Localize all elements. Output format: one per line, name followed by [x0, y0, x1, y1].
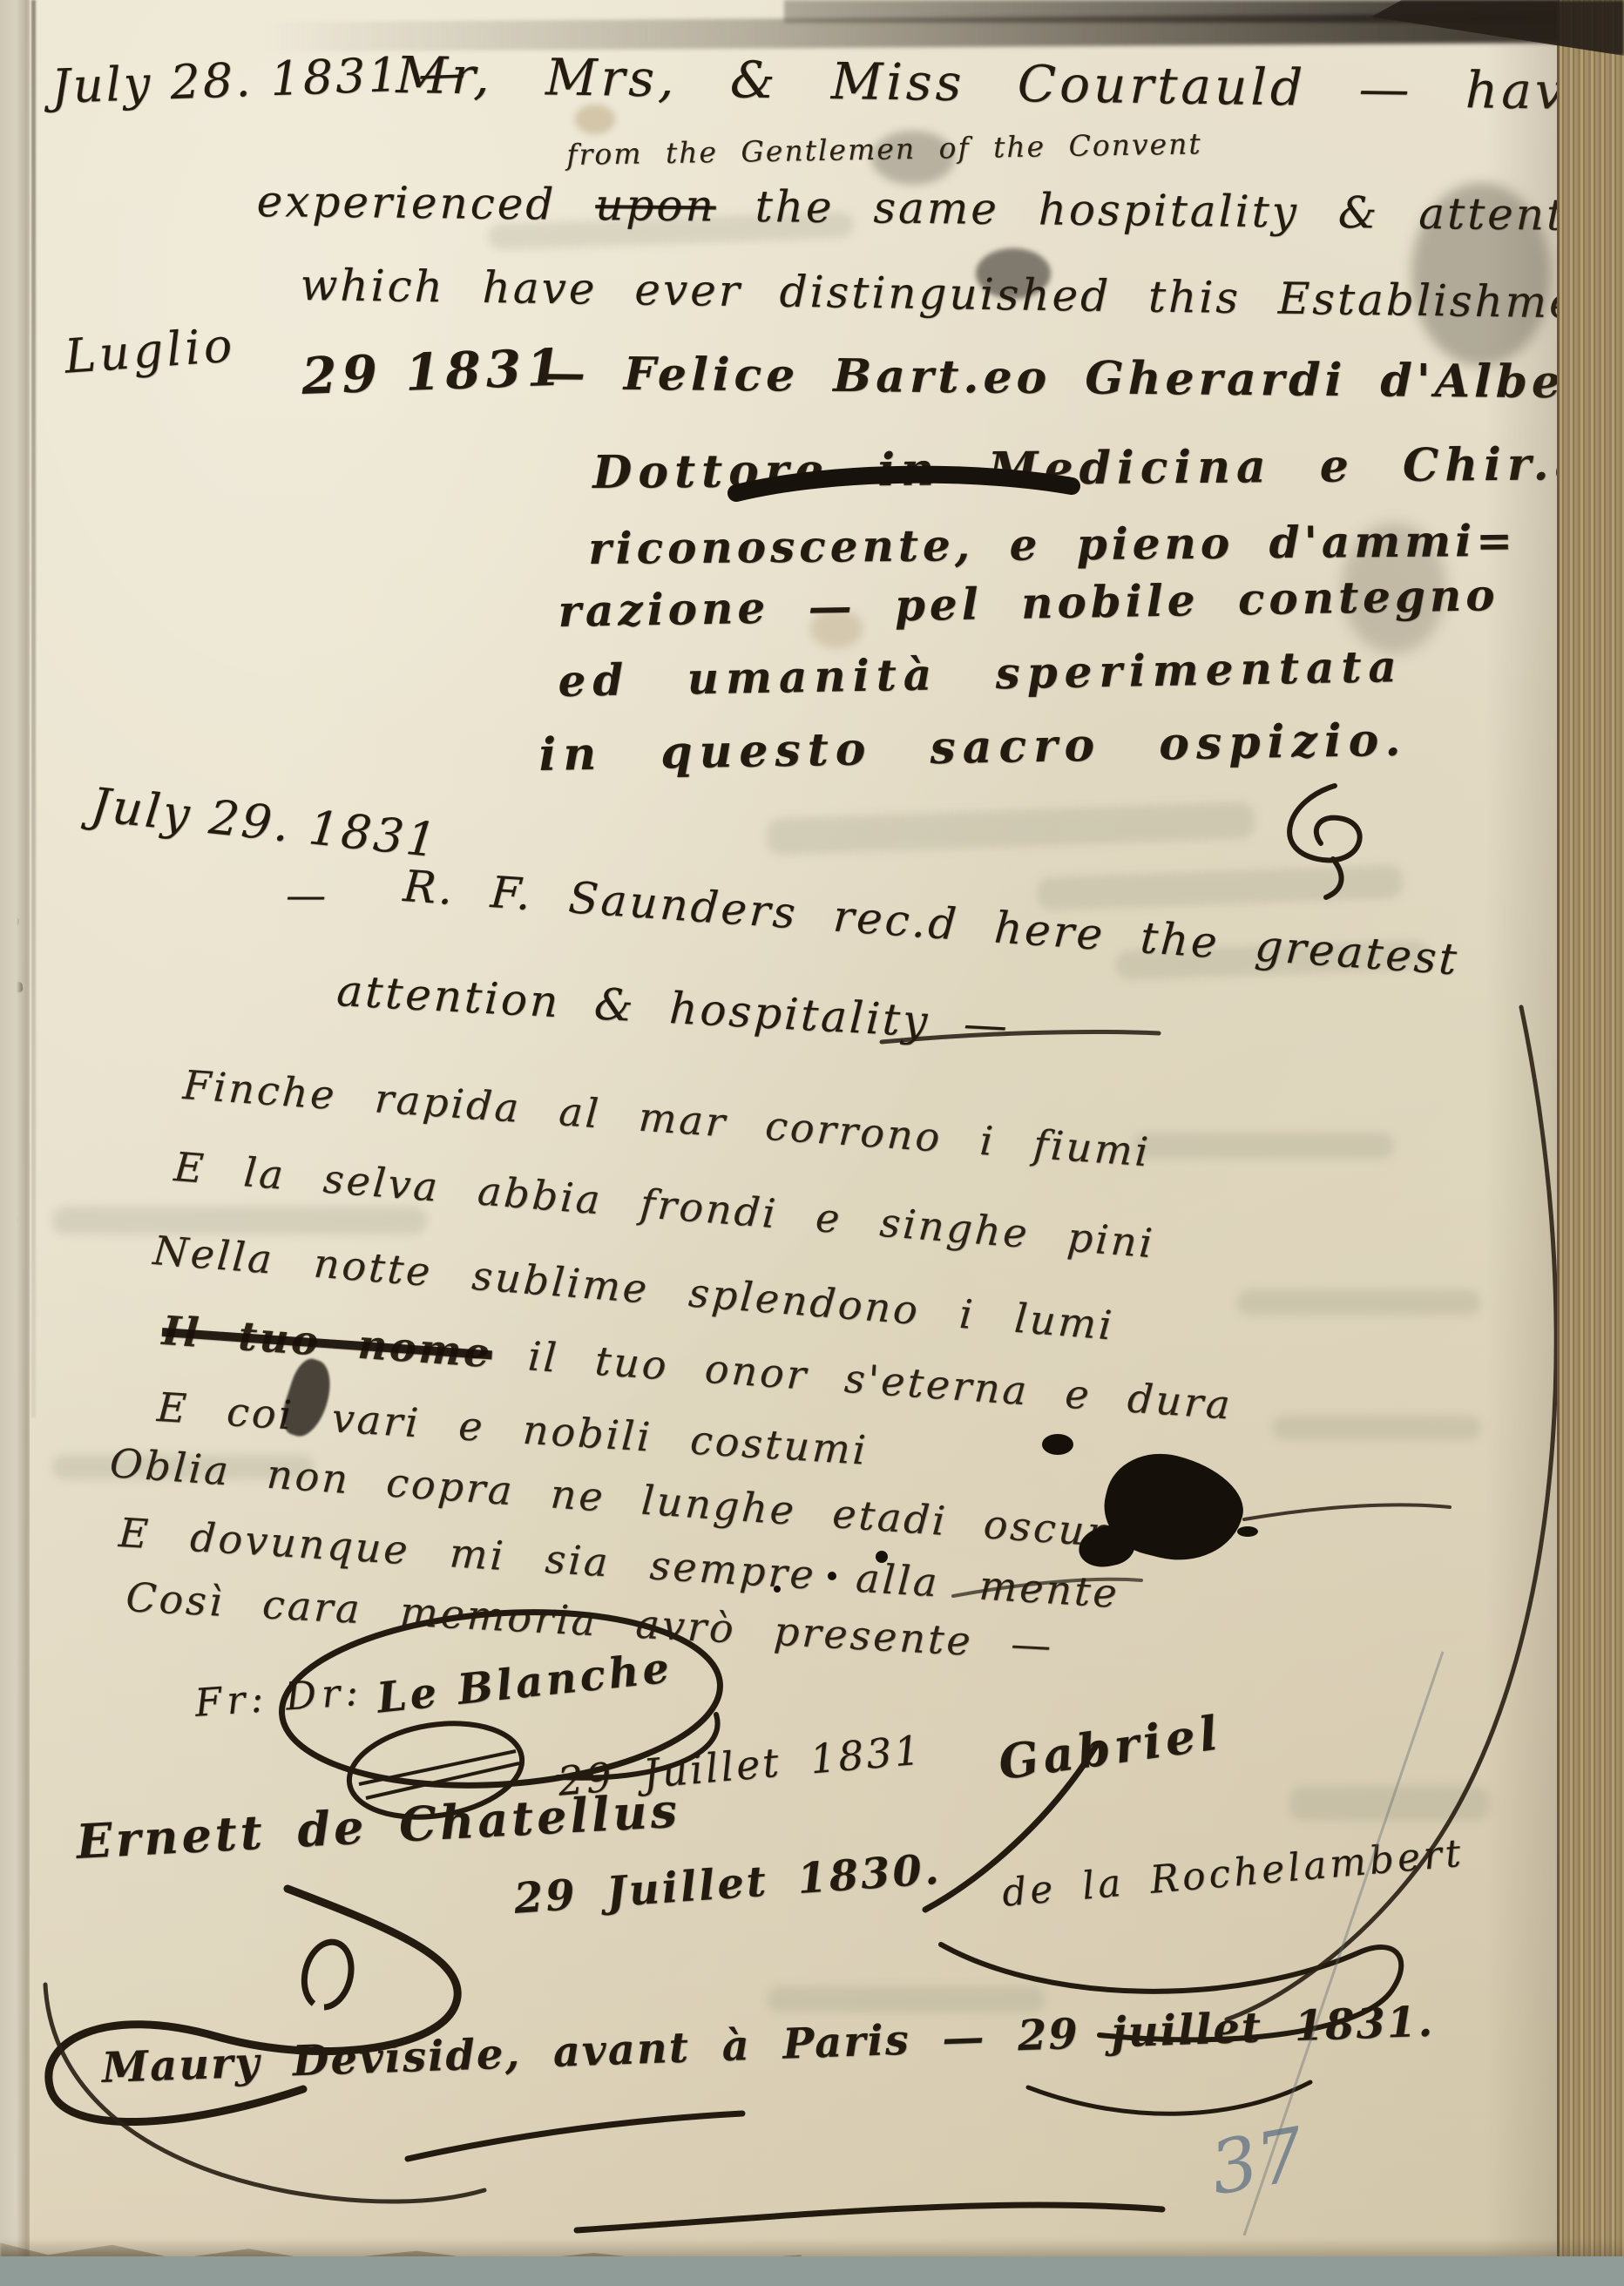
entry-line: attention & hospitality —: [335, 965, 1012, 1051]
manuscript-page: July 28. 1831 — Mr, Mrs, & Miss Courtaul…: [0, 0, 1624, 2286]
signature-leblanche: Le Blanche: [375, 1643, 674, 1722]
flourish-chatellus-loop: [304, 1942, 351, 2007]
entry-line: Dottore in Medicina e Chir.a: [592, 437, 1591, 499]
scanner-background: [0, 2256, 1624, 2286]
ink-dot: [876, 1551, 888, 1563]
ink-streak: [1244, 1505, 1450, 1519]
page-number: 37: [1204, 2111, 1310, 2211]
paper-left-edge: [0, 0, 30, 2286]
flourish-left-arc: [45, 1985, 484, 2201]
ink-blot: [1042, 1434, 1073, 1455]
entry-line: in questo sacro ospizio.: [538, 714, 1408, 781]
struck-words: Il tuo nome: [160, 1307, 493, 1376]
signature-rochelambert: de la Rochelambert: [1000, 1831, 1465, 1916]
bleed-through: [1289, 1786, 1490, 1821]
signature-chatellus: Ernett de Chatellus: [75, 1782, 681, 1870]
underline-maury-2: [577, 2205, 1162, 2230]
bleed-through: [1237, 1289, 1481, 1315]
paper-crease: [31, 0, 36, 1417]
entry-line: Mr, Mrs, & Miss Courtauld — have: [396, 45, 1600, 121]
bleed-through: [52, 1207, 427, 1234]
entry-dash: —: [286, 871, 326, 918]
ink-dot: [774, 1586, 781, 1593]
signature-date: 29 Juillet 1830.: [512, 1845, 943, 1924]
entry-line: riconoscente, e pieno d'ammi=: [588, 515, 1517, 574]
struck-word: upon: [595, 179, 716, 231]
entry-maury: Maury Deviside, avant à Paris — 29 juill…: [101, 1998, 1435, 2093]
entry-line: — Felice Bart.eo Gherardi d'Albenga: [539, 347, 1624, 409]
ink-dot: [828, 1572, 836, 1580]
entry-line: experienced upon the same hospitality & …: [256, 176, 1624, 241]
entry-line-text: experienced: [256, 176, 556, 230]
paper-stain: [575, 105, 615, 134]
entry-date-day-year: 29 1831: [301, 337, 568, 406]
flourish-rochelambert-tail: [1028, 2082, 1310, 2114]
entry-date-saunders: July 29. 1831: [88, 777, 441, 869]
bleed-through: [1133, 1133, 1394, 1159]
signature-prefix: Fr: Dr:: [193, 1670, 365, 1726]
interline-insertion: from the Gentlemen of the Convent: [566, 126, 1202, 172]
entry-date-month: Luglio: [63, 317, 237, 384]
book-fore-edge: [1557, 0, 1624, 2286]
bleed-through: [766, 801, 1255, 856]
bleed-through: [767, 1986, 1045, 2012]
bleed-through: [1272, 1416, 1481, 1440]
signature-gabriel: Gabriel: [995, 1704, 1225, 1790]
bleed-through: [1036, 865, 1403, 911]
underline-maury-1: [408, 2114, 742, 2159]
entry-line: ed umanità sperimentata: [558, 640, 1404, 707]
ink-blot: [1237, 1526, 1258, 1537]
